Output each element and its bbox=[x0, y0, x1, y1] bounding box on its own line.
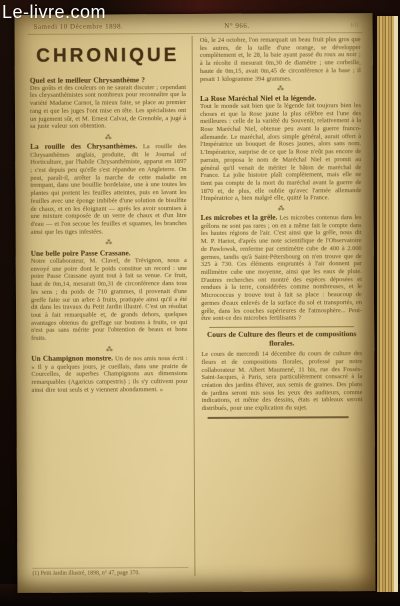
column-end-rule bbox=[208, 416, 349, 419]
article-body: Où, le 24 octobre, l'on remarquait un be… bbox=[200, 36, 361, 82]
article-body: Des goûts et des couleurs on ne saurait … bbox=[30, 84, 186, 130]
asterism-ornament: ⁂ bbox=[31, 238, 187, 247]
article-continued-lead: Où, le 24 octobre, l'on remarquait un be… bbox=[200, 36, 361, 83]
article-heading: La rouille des Chrysanthèmes. bbox=[30, 141, 137, 151]
page-block-edge bbox=[377, 16, 394, 592]
folio-number: 69 bbox=[351, 21, 359, 29]
page-block-edge-highlight bbox=[394, 16, 398, 592]
article-monster-mushroom: Un Champignon monstre. Un de nos amis no… bbox=[31, 354, 187, 394]
article-heading: Un Champignon monstre. bbox=[31, 353, 113, 362]
footnote: (1) Petit Jardin illustré, 1898, n° 47, … bbox=[32, 567, 188, 577]
article-heading: Les microbes et la grêle. bbox=[201, 213, 278, 222]
issue-number: N° 966. bbox=[123, 21, 350, 30]
article-chrysanthemum-rust: La rouille des Chrysanthèmes. La rouille… bbox=[30, 142, 187, 236]
section-divider-rule bbox=[209, 326, 354, 328]
article-flower-culture-course: Cours de Culture des fleurs et de compos… bbox=[201, 330, 362, 413]
article-microbes-hail: Les microbes et la grêle. Les microbes c… bbox=[201, 213, 362, 323]
article-marechal-niel-rose: La Rose Maréchal Niel et la légende. Tou… bbox=[200, 94, 361, 203]
page-header: Samedi 10 Décembre 1898. N° 966. 69 bbox=[28, 21, 363, 35]
right-column: Où, le 24 octobre, l'on remarquait un be… bbox=[192, 35, 366, 576]
left-column: CHRONIQUE Quel est le meilleur Chrysanth… bbox=[28, 36, 195, 577]
article-passe-crassane-pear: Une belle poire Passe Crassane. Notre co… bbox=[31, 247, 188, 342]
article-heading: Cours de Culture des fleurs et de compos… bbox=[201, 330, 362, 348]
article-body: Tout le monde sait bien que la légende f… bbox=[200, 102, 361, 202]
article-body: La rouille des Chrysanthèmes anglais, pr… bbox=[30, 143, 187, 236]
article-body: Le cours de mercredi 14 décembre du cour… bbox=[201, 350, 362, 412]
asterism-ornament: ⁂ bbox=[201, 204, 362, 213]
scanned-book-photo: Samedi 10 Décembre 1898. N° 966. 69 CHRO… bbox=[0, 0, 400, 606]
issue-date: Samedi 10 Décembre 1898. bbox=[34, 22, 124, 30]
article-best-chrysanthemum: Quel est le meilleur Chrysanthème ? Des … bbox=[30, 74, 186, 131]
article-body: Les microbes contenus dans les grêlons n… bbox=[201, 214, 362, 322]
newspaper-page: Samedi 10 Décembre 1898. N° 966. 69 CHRO… bbox=[14, 13, 375, 593]
le-livre-watermark: Le-livre.com bbox=[2, 2, 106, 23]
section-title-chronique: CHRONIQUE bbox=[30, 45, 186, 68]
two-column-layout: CHRONIQUE Quel est le meilleur Chrysanth… bbox=[28, 35, 366, 577]
asterism-ornament: ⁂ bbox=[200, 84, 361, 93]
article-body: Notre collaborateur, M. Clavel, de Trévi… bbox=[31, 257, 188, 342]
